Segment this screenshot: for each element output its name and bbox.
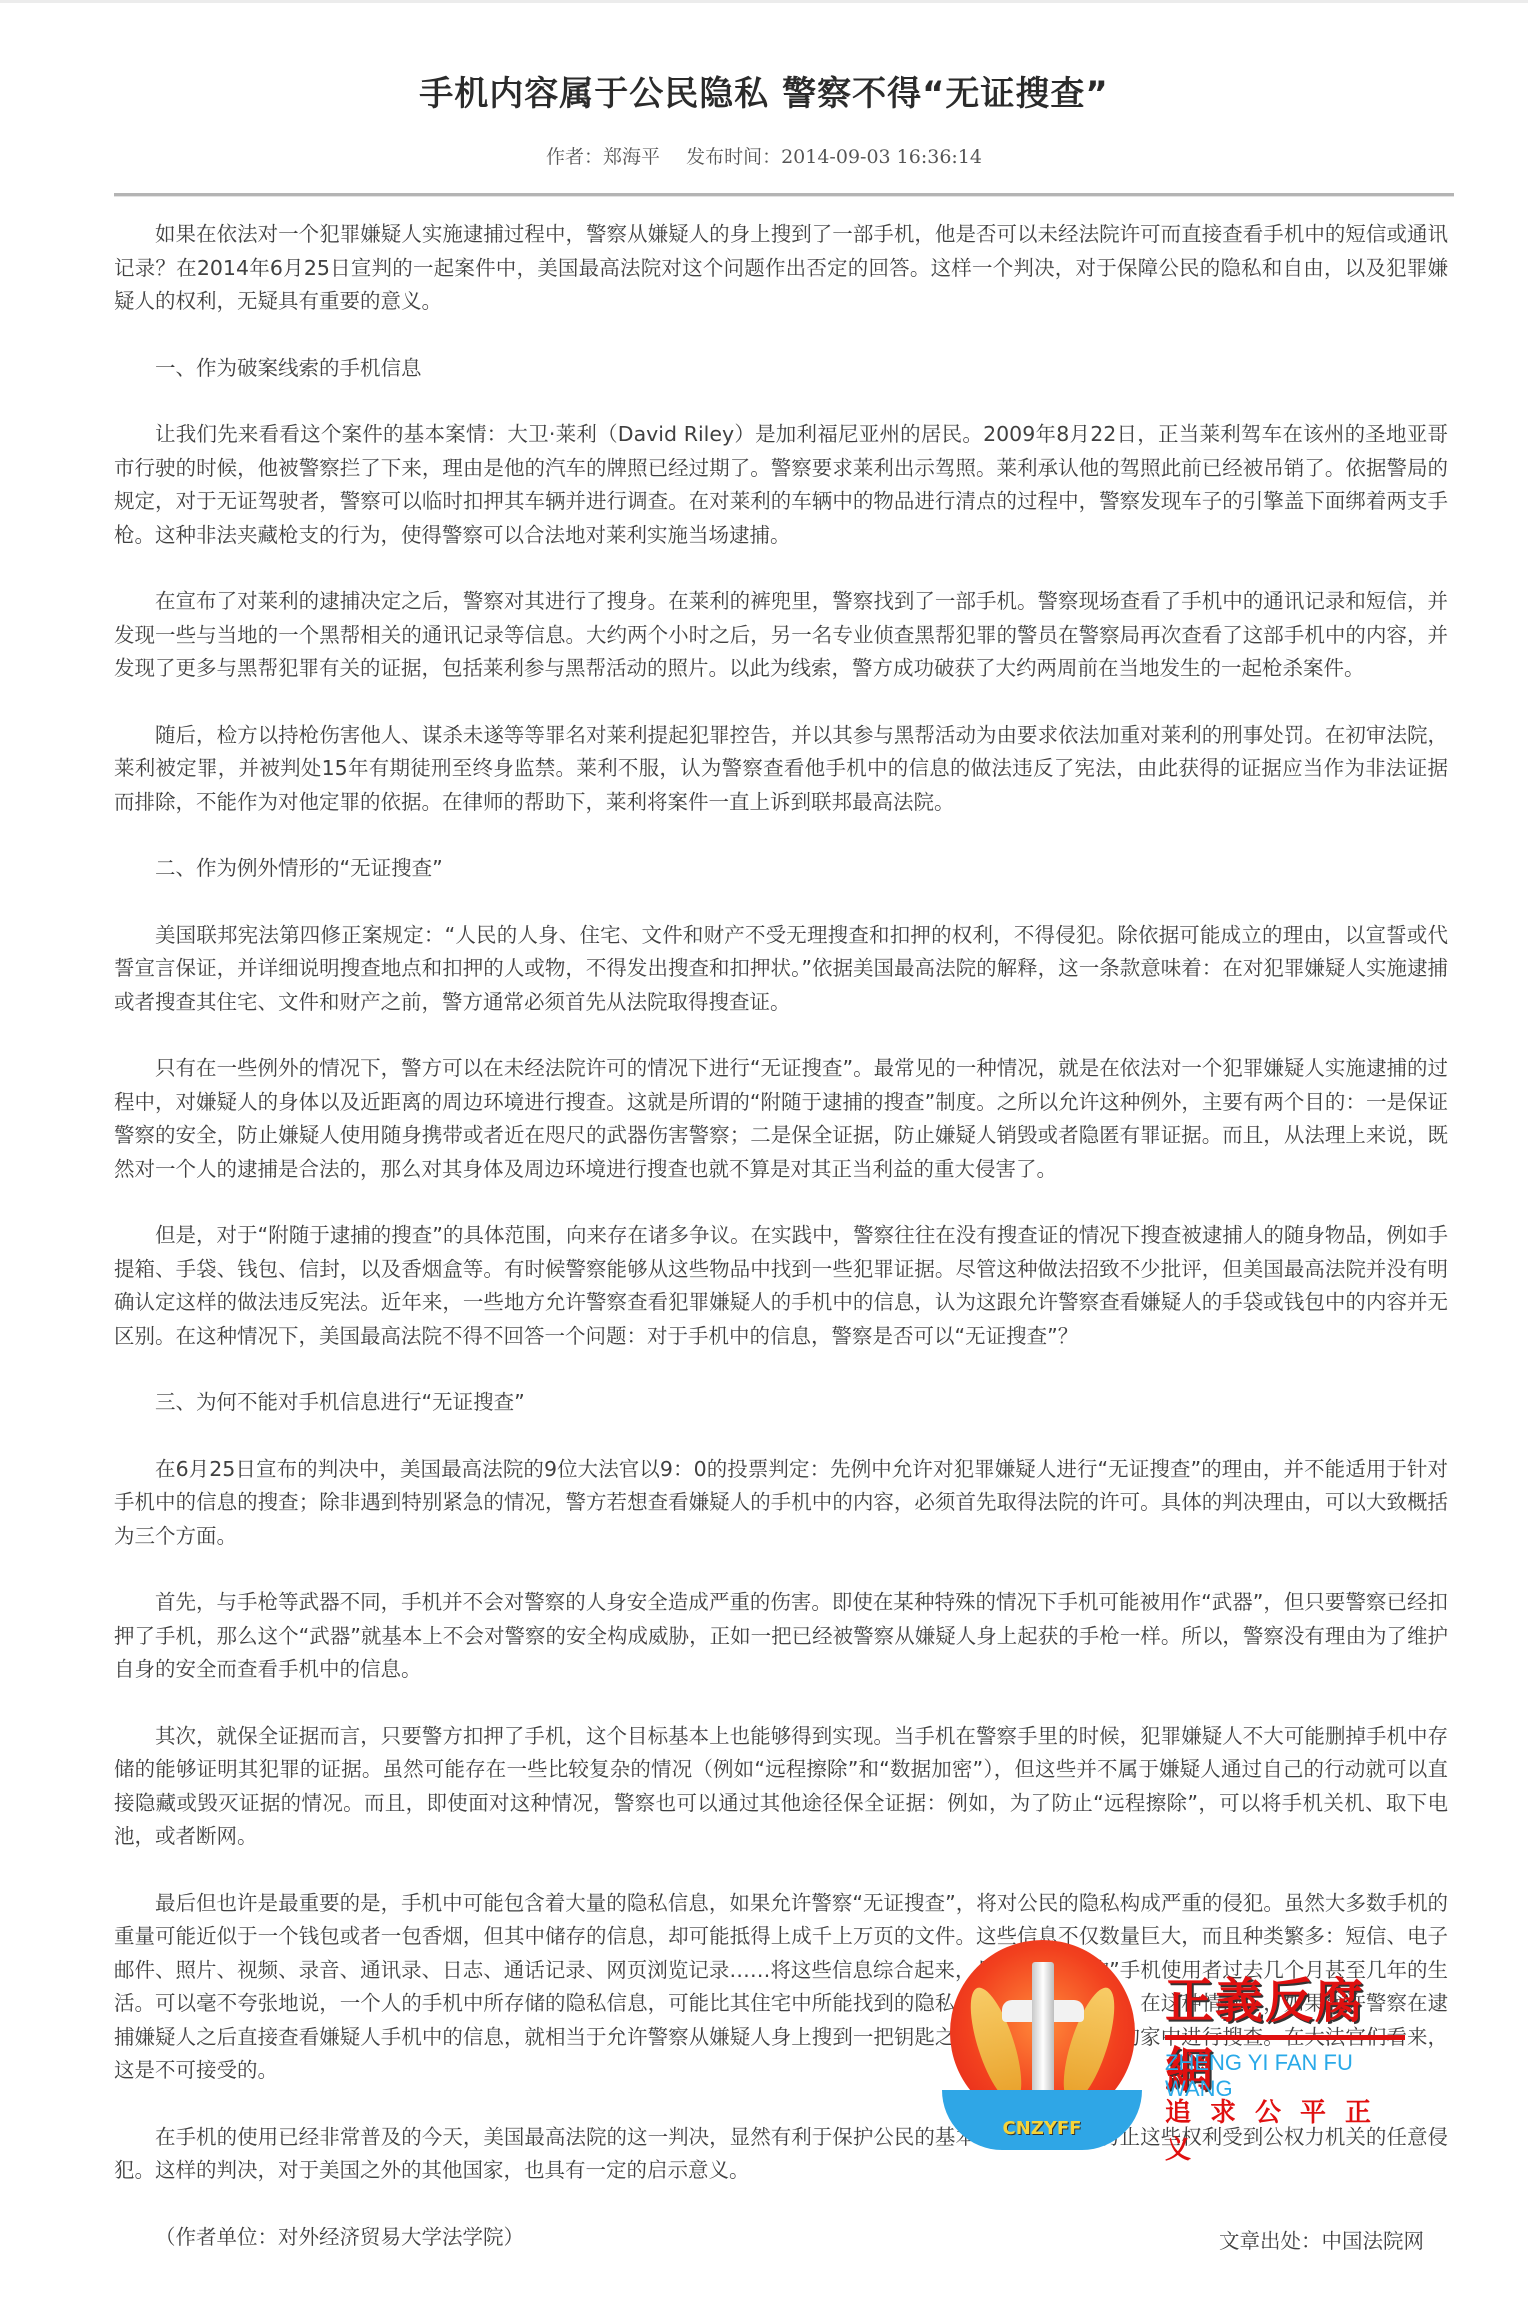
publish-info: 发布时间：2014-09-03 16:36:14 bbox=[686, 146, 982, 168]
section-heading-3: 三、为何不能对手机信息进行“无证搜查” bbox=[114, 1386, 1448, 1420]
article-title: 手机内容属于公民隐私 警察不得“无证搜查” bbox=[0, 66, 1528, 115]
paragraph: 首先，与手枪等武器不同，手机并不会对警察的人身安全造成严重的伤害。即使在某种特殊… bbox=[114, 1586, 1448, 1687]
article-source: 文章出处：中国法院网 bbox=[1219, 2224, 1424, 2254]
section-heading-2: 二、作为例外情形的“无证搜查” bbox=[114, 852, 1448, 886]
author-label: 作者： bbox=[546, 146, 603, 168]
header-divider bbox=[114, 193, 1454, 197]
paragraph: 但是，对于“附随于逮捕的搜查”的具体范围，向来存在诸多争议。在实践中，警察往往在… bbox=[114, 1219, 1448, 1353]
emblem-text: CNZYFF bbox=[950, 2118, 1134, 2139]
brand-divider bbox=[1165, 2035, 1405, 2040]
author-info: 作者：郑海平 bbox=[546, 146, 660, 168]
watermark-logo: CNZYFF 正義反腐網 ZHENG YI FAN FU WANG 追求公平正义 bbox=[950, 1940, 1410, 2165]
paragraph: 只有在一些例外的情况下，警方可以在未经法院许可的情况下进行“无证搜查”。最常见的… bbox=[114, 1052, 1448, 1186]
article-meta: 作者：郑海平 发布时间：2014-09-03 16:36:14 bbox=[0, 142, 1528, 169]
paragraph: 让我们先来看看这个案件的基本案情：大卫·莱利（David Riley）是加利福尼… bbox=[114, 418, 1448, 552]
paragraph: 在6月25日宣布的判决中，美国最高法院的9位大法官以9：0的投票判定：先例中允许… bbox=[114, 1453, 1448, 1554]
paragraph-intro: 如果在依法对一个犯罪嫌疑人实施逮捕过程中，警察从嫌疑人的身上搜到了一部手机，他是… bbox=[114, 218, 1448, 319]
publish-time: 2014-09-03 16:36:14 bbox=[781, 146, 982, 168]
publish-label: 发布时间： bbox=[686, 146, 781, 168]
brand-slogan: 追求公平正义 bbox=[1165, 2092, 1410, 2166]
paragraph: 美国联邦宪法第四修正案规定：“人民的人身、住宅、文件和财产不受无理搜查和扣押的权… bbox=[114, 919, 1448, 1020]
paragraph: 其次，就保全证据而言，只要警方扣押了手机，这个目标基本上也能够得到实现。当手机在… bbox=[114, 1720, 1448, 1854]
paragraph: 随后，检方以持枪伤害他人、谋杀未遂等等罪名对莱利提起犯罪控告，并以其参与黑帮活动… bbox=[114, 719, 1448, 820]
top-border bbox=[0, 0, 1528, 3]
author-name: 郑海平 bbox=[603, 146, 660, 168]
section-heading-1: 一、作为破案线索的手机信息 bbox=[114, 352, 1448, 386]
paragraph: 在宣布了对莱利的逮捕决定之后，警察对其进行了搜身。在莱利的裤兜里，警察找到了一部… bbox=[114, 585, 1448, 686]
